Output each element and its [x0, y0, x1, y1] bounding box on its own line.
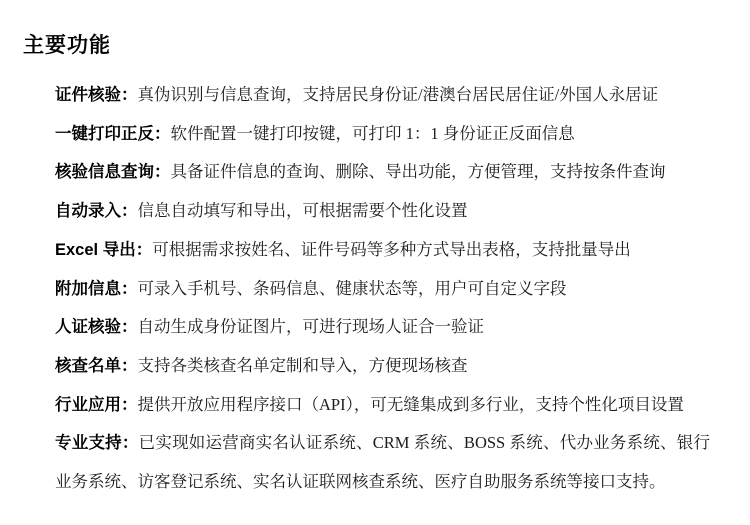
feature-item-extra-info: 附加信息：可录入手机号、条码信息、健康状态等，用户可自定义字段: [55, 270, 710, 309]
feature-label: 人证核验：: [55, 318, 138, 336]
feature-label: 附加信息：: [55, 280, 138, 298]
feature-label: Excel 导出：: [55, 241, 152, 259]
page-title: 主要功能: [23, 34, 710, 58]
feature-desc: 可录入手机号、条码信息、健康状态等，用户可自定义字段: [138, 279, 567, 298]
feature-label: 核查名单：: [55, 357, 138, 375]
feature-desc: 可根据需求按姓名、证件号码等多种方式导出表格，支持批量导出: [152, 240, 631, 259]
feature-label: 自动录入：: [55, 202, 138, 220]
feature-desc: 真伪识别与信息查询，支持居民身份证/港澳台居民居住证/外国人永居证: [138, 85, 659, 104]
feature-item-one-key-print: 一键打印正反：软件配置一键打印按键，可打印 1：1 身份证正反面信息: [55, 115, 710, 154]
feature-item-face-verification: 人证核验：自动生成身份证图片，可进行现场人证合一验证: [55, 308, 710, 347]
document-page: 主要功能 证件核验：真伪识别与信息查询，支持居民身份证/港澳台居民居住证/外国人…: [0, 0, 750, 525]
feature-desc: 软件配置一键打印按键，可打印 1：1 身份证正反面信息: [171, 124, 575, 143]
feature-label: 行业应用：: [55, 396, 138, 414]
feature-item-certificate-verification: 证件核验：真伪识别与信息查询，支持居民身份证/港澳台居民居住证/外国人永居证: [55, 76, 710, 115]
feature-item-excel-export: Excel 导出：可根据需求按姓名、证件号码等多种方式导出表格，支持批量导出: [55, 231, 710, 270]
feature-item-info-query: 核验信息查询：具备证件信息的查询、删除、导出功能，方便管理，支持按条件查询: [55, 153, 710, 192]
feature-desc: 信息自动填写和导出，可根据需要个性化设置: [138, 201, 468, 220]
feature-item-professional-support: 专业支持：已实现如运营商实名认证系统、CRM 系统、BOSS 系统、代办业务系统…: [55, 424, 710, 501]
feature-desc: 支持各类核查名单定制和导入，方便现场核查: [138, 356, 468, 375]
feature-item-check-list: 核查名单：支持各类核查名单定制和导入，方便现场核查: [55, 347, 710, 386]
feature-item-industry-application: 行业应用：提供开放应用程序接口（API），可无缝集成到多行业，支持个性化项目设置: [55, 386, 710, 425]
feature-desc: 已实现如运营商实名认证系统、CRM 系统、BOSS 系统、代办业务系统、银行业务…: [55, 433, 710, 491]
feature-label: 专业支持：: [55, 434, 139, 452]
feature-desc: 自动生成身份证图片，可进行现场人证合一验证: [138, 317, 485, 336]
feature-desc: 具备证件信息的查询、删除、导出功能，方便管理，支持按条件查询: [171, 162, 666, 181]
feature-label: 证件核验：: [55, 86, 138, 104]
feature-desc: 提供开放应用程序接口（API），可无缝集成到多行业，支持个性化项目设置: [138, 395, 684, 414]
feature-label: 一键打印正反：: [55, 125, 171, 143]
feature-list: 证件核验：真伪识别与信息查询，支持居民身份证/港澳台居民居住证/外国人永居证 一…: [55, 76, 710, 502]
feature-item-auto-entry: 自动录入：信息自动填写和导出，可根据需要个性化设置: [55, 192, 710, 231]
feature-label: 核验信息查询：: [55, 163, 171, 181]
